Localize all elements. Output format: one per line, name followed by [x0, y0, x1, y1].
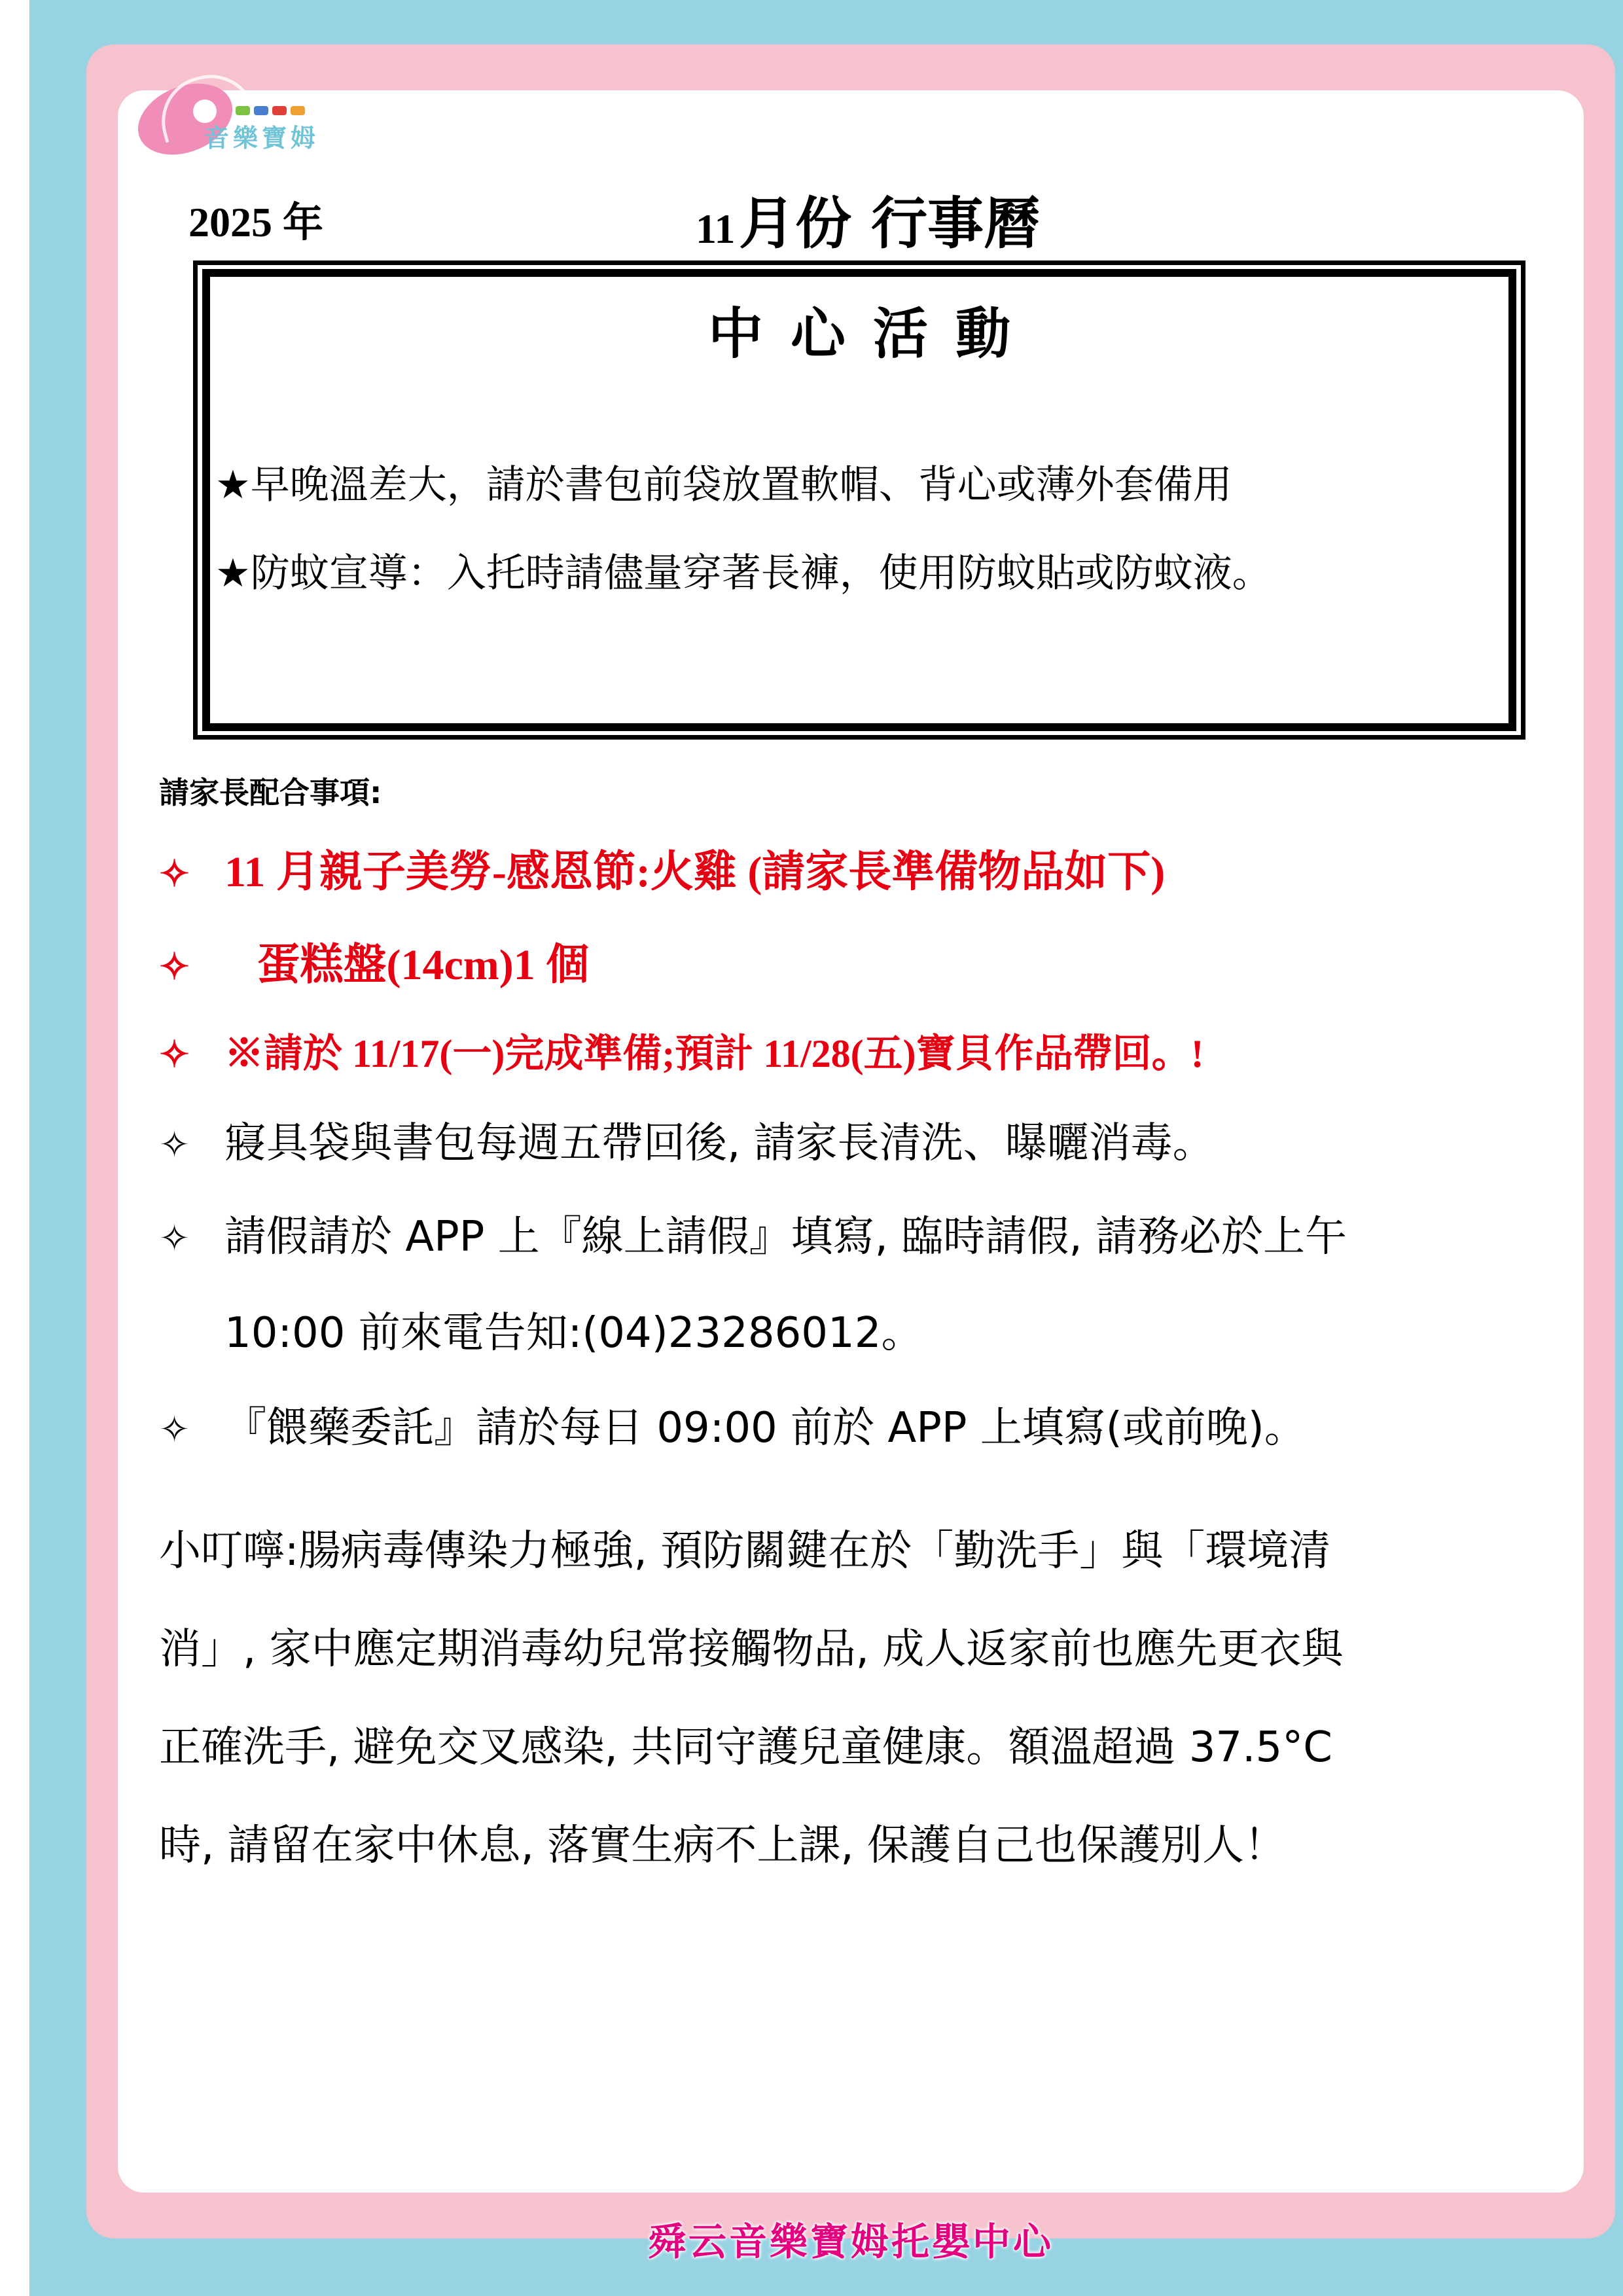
list-item-text: 11 月親子美勞-感恩節:火雞 (請家長準備物品如下)	[224, 836, 1165, 899]
activity-item: ★早晚溫差大，請於書包前袋放置軟帽、背心或薄外套備用	[215, 454, 1232, 510]
list-item: ✧ 蛋糕盤(14cm)1 個	[159, 929, 589, 992]
list-item: ✧ 11 月親子美勞-感恩節:火雞 (請家長準備物品如下)	[159, 836, 1165, 899]
list-item: ✧ 寢具袋與書包每週五帶回後, 請家長清洗、曝曬消毒。	[159, 1109, 1215, 1170]
year-suffix: 年	[283, 198, 323, 246]
list-item-text: 『餵藥委託』請於每日 09:00 前於 APP 上填寫(或前晚)。	[224, 1394, 1306, 1454]
star-diamond-icon: ✧	[159, 1408, 224, 1451]
activity-item: ★防蚊宣導：入托時請儘量穿著長褲，使用防蚊貼或防蚊液。	[215, 542, 1272, 598]
list-item: ✧ 請假請於 APP 上『線上請假』填寫, 臨時請假, 請務必於上午	[159, 1203, 1347, 1263]
month-number: 11	[696, 206, 735, 252]
star-diamond-icon: ✧	[159, 1124, 224, 1166]
parent-notes-label: 請家長配合事項:	[159, 769, 382, 812]
star-diamond-icon: ✧	[159, 1217, 224, 1260]
logo-badge-orange	[291, 106, 305, 115]
logo-badges	[236, 106, 305, 115]
page-title: 11 月份 行事曆	[696, 178, 1040, 259]
logo-badge-green	[236, 106, 250, 115]
logo-text: 音樂寶姆	[204, 118, 319, 154]
star-diamond-icon: ✧	[159, 1033, 224, 1076]
logo-badge-red	[272, 106, 287, 115]
reminder-line: 小叮嚀:腸病毒傳染力極強, 預防關鍵在於「勤洗手」與「環境清	[159, 1517, 1330, 1577]
title-text: 月份 行事曆	[739, 191, 1040, 257]
logo-badge-blue	[254, 106, 268, 115]
heading-year: 2025 年	[188, 190, 323, 248]
list-item-text: 蛋糕盤(14cm)1 個	[224, 929, 589, 992]
list-item-text: 寢具袋與書包每週五帶回後, 請家長清洗、曝曬消毒。	[224, 1109, 1215, 1170]
list-item: ✧ ※請於 11/17(一)完成準備;預計 11/28(五)寶貝作品帶回。!	[159, 1022, 1204, 1079]
activity-box-title: 中心活動	[210, 290, 1508, 369]
star-diamond-icon: ✧	[159, 946, 224, 988]
logo: 音樂寶姆	[131, 73, 340, 158]
reminder-line: 時, 請留在家中休息, 落實生病不上課, 保護自己也保護別人！	[159, 1812, 1286, 1872]
year-number: 2025	[188, 199, 272, 245]
list-item-text: 請假請於 APP 上『線上請假』填寫, 臨時請假, 請務必於上午	[224, 1203, 1347, 1263]
list-item: ✧ 『餵藥委託』請於每日 09:00 前於 APP 上填寫(或前晚)。	[159, 1394, 1306, 1454]
list-item-continuation: 10:00 前來電告知:(04)23286012。	[224, 1299, 923, 1359]
list-item-text: 10:00 前來電告知:(04)23286012。	[224, 1299, 923, 1359]
star-diamond-icon: ✧	[159, 853, 224, 895]
reminder-line: 正確洗手, 避免交叉感染, 共同守護兒童健康。額溫超過 37.5°C	[159, 1713, 1332, 1774]
reminder-line: 消」, 家中應定期消毒幼兒常接觸物品, 成人返家前也應先更衣與	[159, 1615, 1343, 1676]
list-item-text: ※請於 11/17(一)完成準備;預計 11/28(五)寶貝作品帶回。!	[224, 1022, 1204, 1079]
activity-box: 中心活動 ★早晚溫差大，請於書包前袋放置軟帽、背心或薄外套備用 ★防蚊宣導：入托…	[202, 269, 1516, 731]
footer-organization-name: 舜云音樂寶姆托嬰中心	[648, 2211, 1054, 2266]
